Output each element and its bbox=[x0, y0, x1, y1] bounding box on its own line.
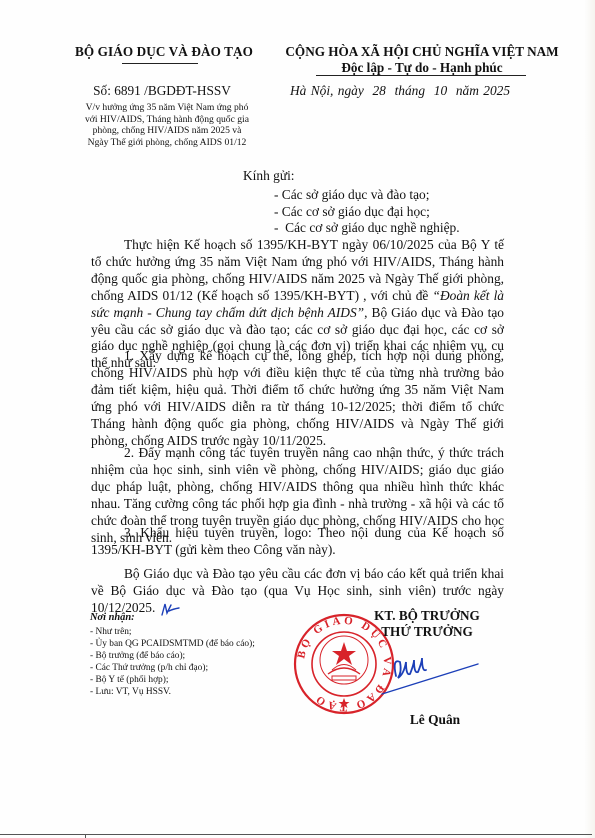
issuing-ministry: BỘ GIÁO DỤC VÀ ĐÀO TẠO bbox=[64, 44, 264, 60]
motto-underline bbox=[316, 75, 526, 76]
initial-mark-icon bbox=[159, 602, 181, 616]
national-motto: Độc lập - Tự do - Hạnh phúc bbox=[262, 60, 582, 76]
recipient-item: - Như trên; bbox=[90, 627, 255, 639]
subject-line: V/v hưởng ứng 35 năm Việt Nam ứng phó bbox=[72, 102, 262, 114]
task-item-3: 3. Khẩu hiệu tuyên truyền, logo: Theo nộ… bbox=[91, 525, 504, 559]
document-subject: V/v hưởng ứng 35 năm Việt Nam ứng phó vớ… bbox=[72, 102, 262, 148]
signature-title: KT. BỘ TRƯỞNG THỨ TRƯỞNG bbox=[352, 608, 502, 640]
recipients-list: - Như trên; - Ủy ban QG PCAIDSMTMD (để b… bbox=[90, 627, 255, 698]
subject-line: phòng, chống HIV/AIDS năm 2025 và bbox=[72, 125, 262, 137]
recipient-item: - Các Thứ trưởng (p/h chỉ đạo); bbox=[90, 663, 255, 675]
subject-line: với HIV/AIDS, Tháng hành động quốc gia bbox=[72, 114, 262, 126]
task-item-1: 1. Xây dựng kế hoạch cụ thể, lồng ghép, … bbox=[91, 348, 504, 449]
signature-title-line-2: THỨ TRƯỞNG bbox=[352, 624, 502, 640]
ministry-underline bbox=[122, 63, 198, 64]
recipients-title: Nơi nhận: bbox=[90, 612, 135, 623]
signature-title-line-1: KT. BỘ TRƯỞNG bbox=[352, 608, 502, 624]
recipient-item: - Bộ trưởng (để báo cáo); bbox=[90, 651, 255, 663]
addressee-item: - Các cơ sở giáo dục nghề nghiệp. bbox=[274, 220, 460, 237]
document-number: Số: 6891 /BGDĐT-HSSV bbox=[82, 83, 242, 99]
handwritten-signature-icon bbox=[380, 648, 480, 698]
recipient-item: - Lưu: VT, Vụ HSSV. bbox=[90, 687, 255, 699]
national-title: CỘNG HÒA XÃ HỘI CHỦ NGHĨA VIỆT NAM bbox=[262, 44, 582, 60]
place-and-date: Hà Nội, ngày 28 tháng 10 năm 2025 bbox=[290, 83, 550, 99]
addressee-list: - Các sở giáo dục và đào tạo; - Các cơ s… bbox=[274, 187, 460, 237]
recipient-item: - Bộ Y tế (phối hợp); bbox=[90, 675, 255, 687]
signer-name: Lê Quân bbox=[385, 712, 485, 728]
greeting: Kính gửi: bbox=[243, 168, 295, 184]
scan-bottom-edge bbox=[0, 834, 592, 835]
recipient-item: - Ủy ban QG PCAIDSMTMD (để báo cáo); bbox=[90, 639, 255, 651]
addressee-item: - Các cơ sở giáo dục đại học; bbox=[274, 204, 460, 221]
scan-edge-shade bbox=[585, 0, 595, 838]
scan-edge-tick bbox=[85, 834, 86, 838]
addressee-item: - Các sở giáo dục và đào tạo; bbox=[274, 187, 460, 204]
subject-line: Ngày Thế giới phòng, chống AIDS 01/12 bbox=[72, 137, 262, 149]
